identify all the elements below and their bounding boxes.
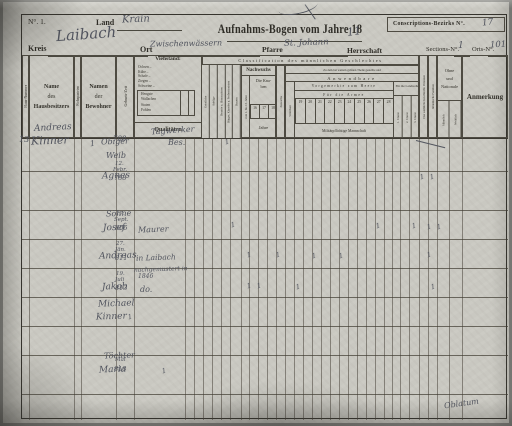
grid-vertical-line <box>462 138 463 420</box>
grid-vertical-line <box>249 138 250 420</box>
grid-vertical-line <box>221 138 222 420</box>
grid-vertical-line <box>29 138 30 420</box>
grid-vertical-line <box>400 138 401 420</box>
grid-vertical-line <box>428 138 429 420</box>
grid-vertical-line <box>392 138 393 420</box>
grid-vertical-line <box>330 138 331 420</box>
grid-vertical-line <box>357 138 358 420</box>
scanned-document: N°. 1. Land Krain Aufnahms-Bogen vom Jah… <box>0 0 512 426</box>
grid-vertical-line <box>321 138 322 420</box>
grid-vertical-line <box>375 138 376 420</box>
table-grid <box>22 15 508 420</box>
grid-vertical-line <box>134 138 135 420</box>
grid-horizontal-line <box>22 326 508 327</box>
grid-vertical-line <box>212 138 213 420</box>
grid-vertical-line <box>312 138 313 420</box>
grid-vertical-line <box>366 138 367 420</box>
grid-vertical-line <box>294 138 295 420</box>
grid-vertical-line <box>409 138 410 420</box>
grid-vertical-line <box>276 138 277 420</box>
form-frame: N°. 1. Land Krain Aufnahms-Bogen vom Jah… <box>21 14 507 419</box>
grid-horizontal-line <box>22 394 508 395</box>
grid-vertical-line <box>419 138 420 420</box>
grid-horizontal-line <box>22 268 508 269</box>
grid-horizontal-line <box>22 239 508 240</box>
grid-vertical-line <box>303 138 304 420</box>
grid-vertical-line <box>230 138 231 420</box>
grid-vertical-line <box>81 138 82 420</box>
grid-vertical-line <box>449 138 450 420</box>
grid-horizontal-line <box>22 210 508 211</box>
grid-vertical-line <box>285 138 286 420</box>
grid-vertical-line <box>267 138 268 420</box>
grid-vertical-line <box>203 138 204 420</box>
grid-horizontal-line <box>22 297 508 298</box>
grid-horizontal-line <box>22 171 508 172</box>
grid-vertical-line <box>348 138 349 420</box>
grid-vertical-line <box>437 138 438 420</box>
grid-horizontal-line <box>22 355 508 356</box>
grid-vertical-line <box>194 138 195 420</box>
grid-vertical-line <box>339 138 340 420</box>
grid-vertical-line <box>74 138 75 420</box>
paper-sheet: N°. 1. Land Krain Aufnahms-Bogen vom Jah… <box>3 2 509 423</box>
grid-vertical-line <box>116 138 117 420</box>
grid-vertical-line <box>258 138 259 420</box>
grid-vertical-line <box>384 138 385 420</box>
grid-vertical-line <box>241 138 242 420</box>
grid-vertical-line <box>185 138 186 420</box>
